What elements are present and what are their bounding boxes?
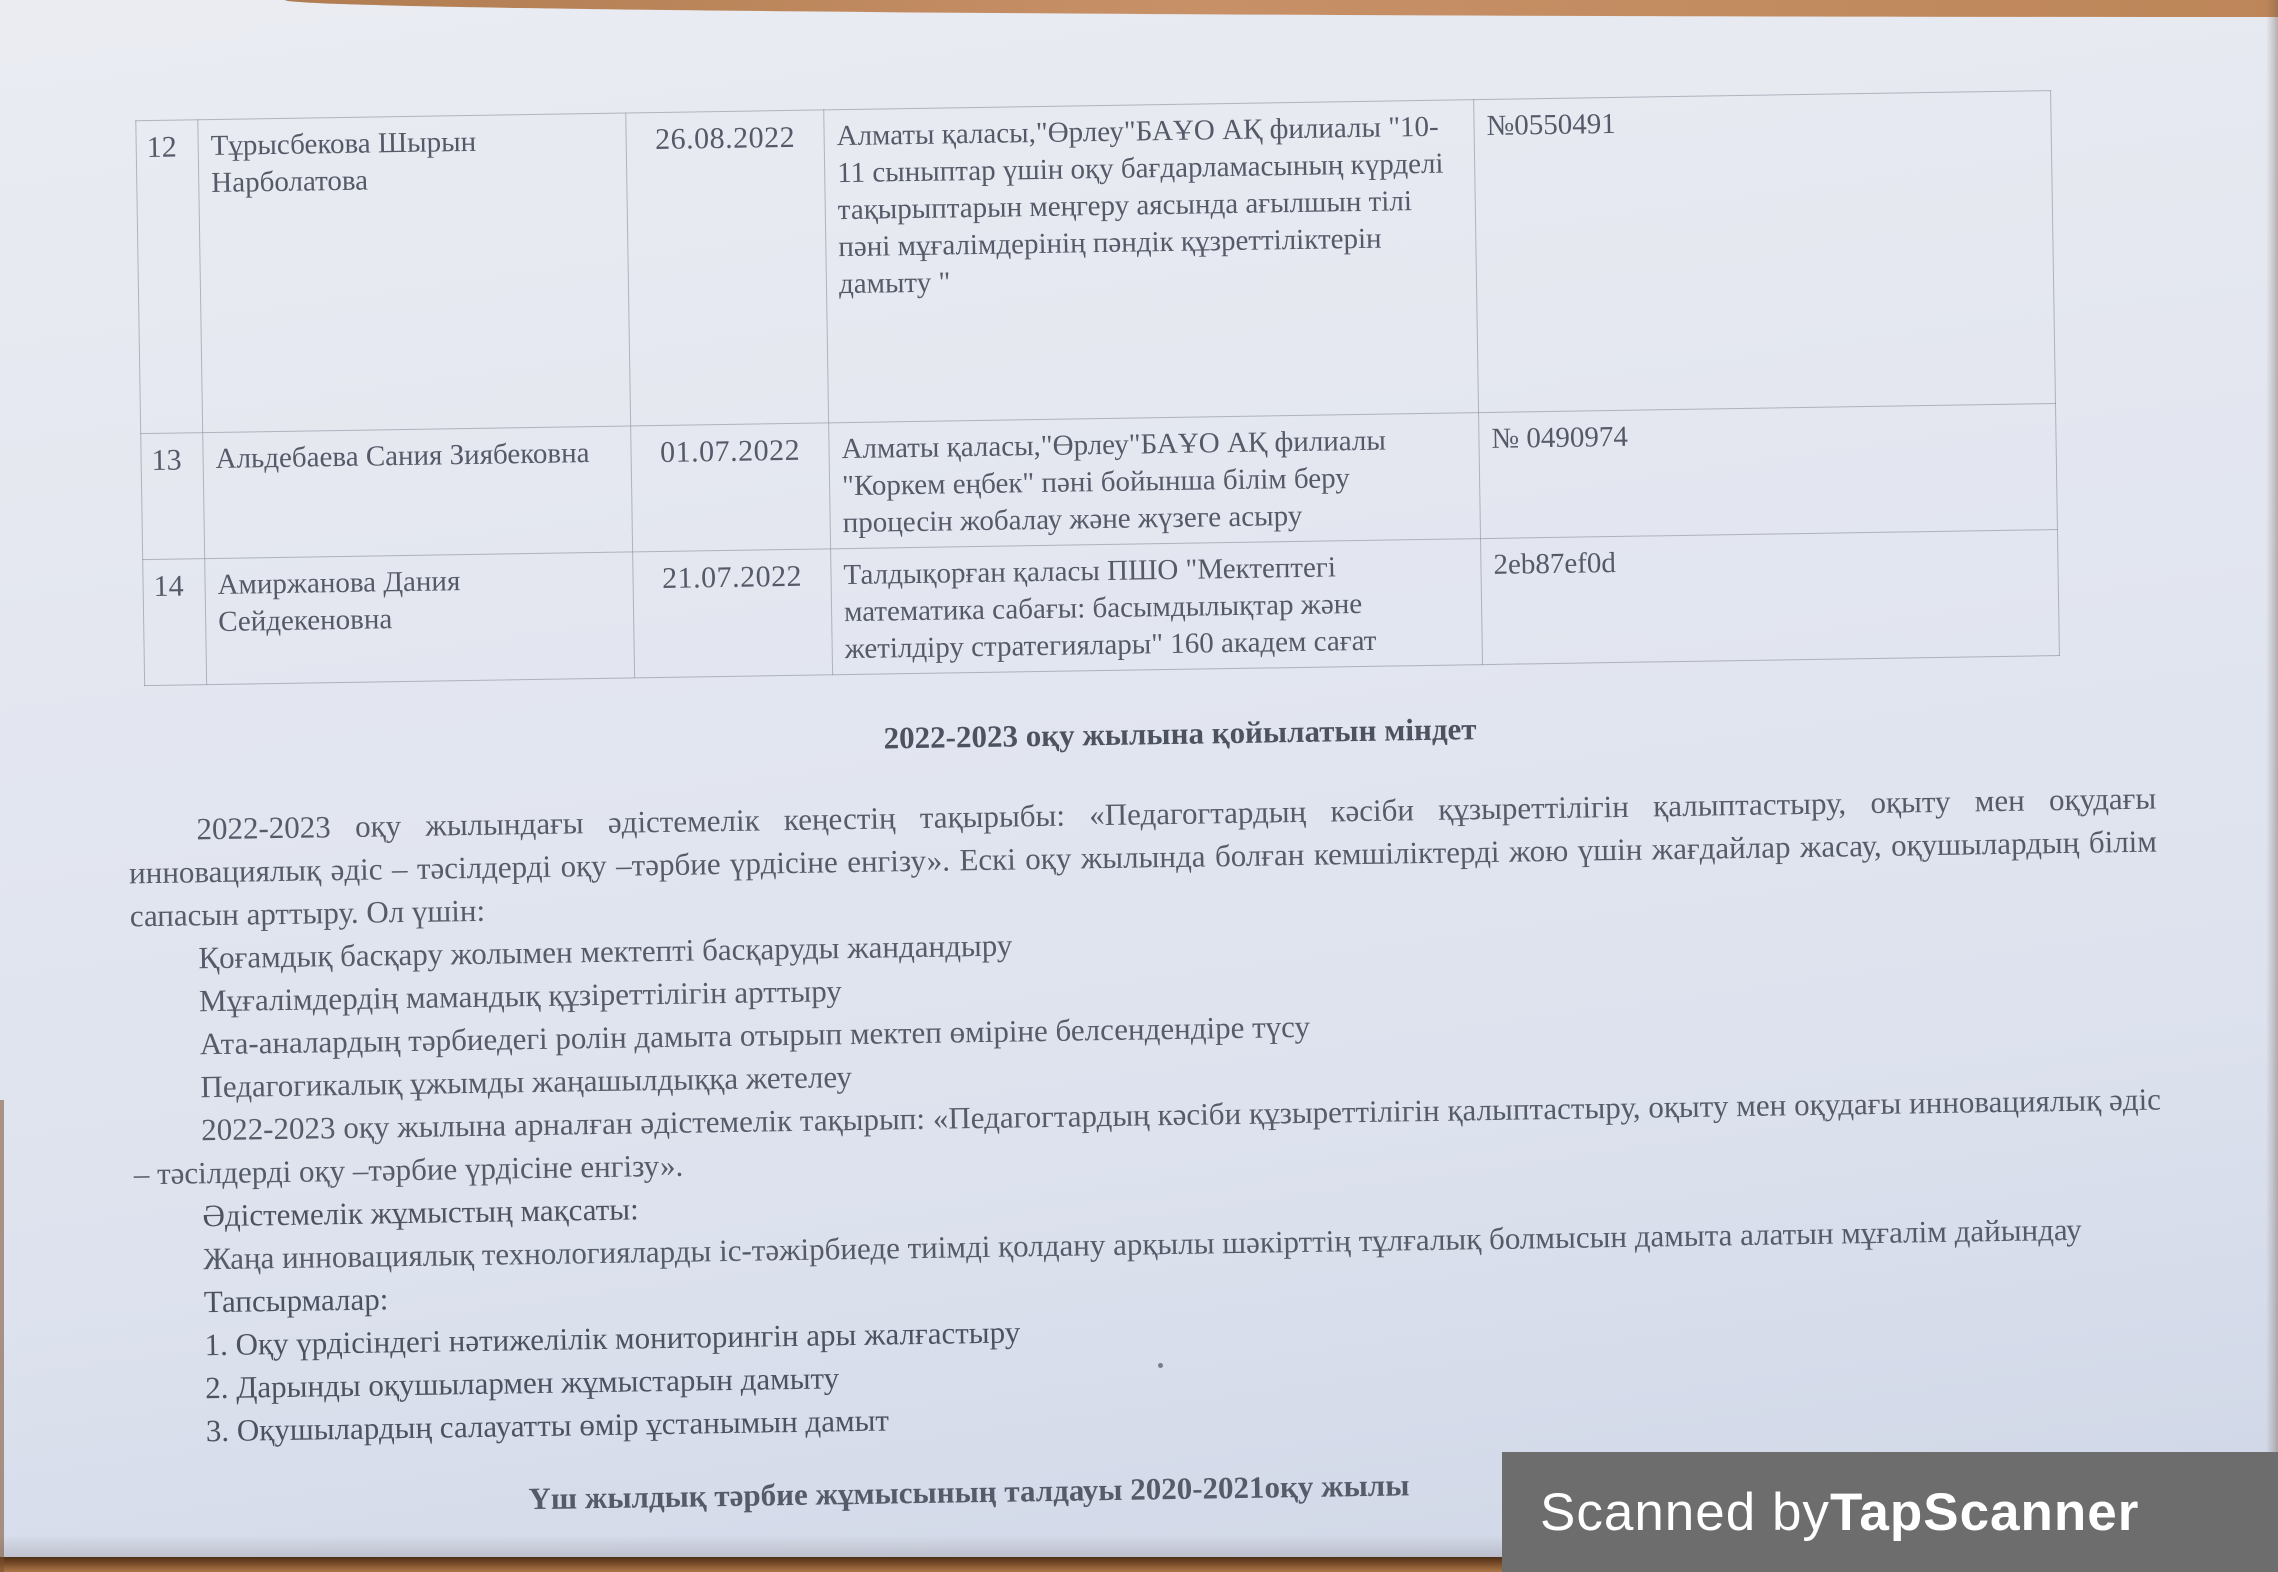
course-date: 21.07.2022	[633, 549, 833, 678]
certificate-number: 2eb87ef0d	[1481, 530, 2060, 665]
row-number: 14	[143, 559, 207, 686]
teacher-name: Амиржанова Дания Сейдекеновна	[205, 552, 635, 685]
table-row: 12 Тұрысбекова Шырын Нарболатова 26.08.2…	[136, 91, 2056, 434]
certificate-number: № 0490974	[1479, 404, 2058, 539]
teacher-name: Тұрысбекова Шырын Нарболатова	[198, 113, 631, 433]
course-description: Алматы қаласы,"Өрлеу"БАҰО АҚ филиалы "Ко…	[829, 413, 1481, 549]
row-number: 12	[136, 120, 203, 434]
course-date: 01.07.2022	[631, 423, 831, 552]
teacher-name: Альдебаева Сания Зиябековна	[203, 426, 633, 559]
certificate-number: №0550491	[1474, 91, 2056, 413]
section-heading: 2022-2023 оқу жылына қойылатын міндет	[155, 700, 2205, 768]
tapscanner-watermark: Scanned by TapScanner	[1502, 1452, 2278, 1572]
document-content: 12 Тұрысбекова Шырын Нарболатова 26.08.2…	[0, 0, 2278, 1525]
body-text: 2022-2023 оқу жылындағы әдістемелік кеңе…	[128, 777, 2166, 1454]
course-description: Талдықорған қаласы ПШО "Мектептегі матем…	[831, 539, 1483, 675]
course-date: 26.08.2022	[626, 110, 829, 426]
course-description: Алматы қаласы,"Өрлеу"БАҰО АҚ филиалы "10…	[824, 100, 1479, 423]
row-number: 13	[141, 433, 205, 560]
certificates-table: 12 Тұрысбекова Шырын Нарболатова 26.08.2…	[135, 90, 2060, 686]
desk-background-left	[0, 1100, 4, 1572]
watermark-prefix: Scanned by	[1540, 1482, 1830, 1543]
watermark-brand: TapScanner	[1830, 1482, 2139, 1543]
stray-mark	[1158, 1363, 1163, 1368]
